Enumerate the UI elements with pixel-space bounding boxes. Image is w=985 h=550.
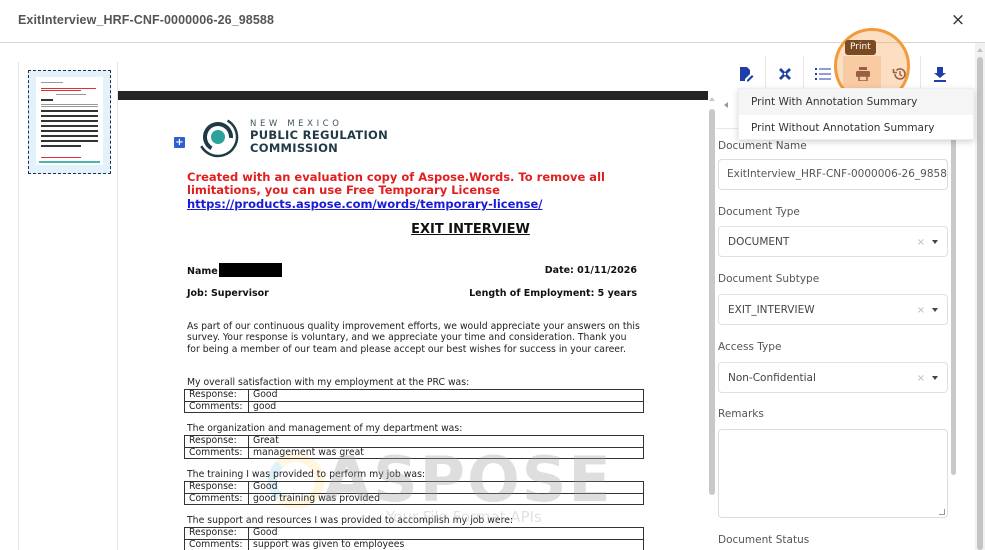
answer-table: Response:GoodComments:good (184, 389, 644, 413)
question-text: The training I was provided to perform m… (184, 469, 644, 481)
question-text: The support and resources I was provided… (184, 515, 644, 527)
download-button[interactable] (920, 56, 958, 92)
clear-icon[interactable]: × (917, 227, 925, 258)
answer-table: Response:GreatComments:management was gr… (184, 435, 644, 459)
response-value: Good (249, 528, 644, 540)
add-annotation-icon[interactable]: + (174, 137, 185, 148)
modal-scrollbar[interactable] (975, 43, 985, 550)
answer-table: Response:GoodComments:good training was … (184, 481, 644, 505)
document-type-label: Document Type (718, 206, 800, 218)
survey-question: The organization and management of my de… (184, 423, 644, 459)
clear-icon[interactable]: × (917, 363, 925, 394)
document-type-select[interactable]: DOCUMENT × (718, 226, 948, 257)
history-button[interactable] (881, 56, 919, 92)
response-value: Good (249, 390, 644, 402)
print-tooltip: Print (845, 40, 876, 55)
chevron-down-icon[interactable] (932, 308, 938, 312)
question-text: My overall satisfaction with my employme… (184, 377, 644, 389)
print-with-annotation-summary[interactable]: Print With Annotation Summary (739, 89, 973, 115)
list-button[interactable] (803, 56, 841, 92)
print-button[interactable] (843, 56, 881, 92)
panel-scroll-thumb[interactable] (951, 101, 956, 475)
close-icon[interactable]: × (950, 10, 966, 30)
evaluation-notice: Created with an evaluation copy of Aspos… (187, 171, 647, 197)
comments-label: Comments: (185, 401, 249, 413)
scroll-up-icon[interactable] (709, 97, 715, 101)
file-pen-icon (738, 66, 754, 82)
page-thumbnail-1[interactable] (28, 70, 111, 174)
job-title: Job: Supervisor (187, 288, 269, 299)
tools-button[interactable] (765, 56, 803, 92)
prc-logo-icon (190, 115, 250, 161)
chevron-down-icon[interactable] (932, 376, 938, 380)
document-subtype-label: Document Subtype (718, 273, 819, 285)
remarks-textarea[interactable] (718, 429, 948, 518)
survey-question: The training I was provided to perform m… (184, 469, 644, 505)
document-name-input[interactable]: ExitInterview_HRF-CNF-0000006-26_98588 (718, 159, 948, 190)
download-icon (933, 66, 947, 82)
pencil-ruler-icon (777, 66, 793, 82)
modal-header: ExitInterview_HRF-CNF-0000006-26_98588 × (0, 0, 985, 43)
scroll-up-icon[interactable] (977, 48, 983, 52)
response-label: Response: (185, 482, 249, 494)
comments-value: good (249, 401, 644, 413)
answer-table: Response:GoodComments:support was given … (184, 527, 644, 550)
comments-value: good training was provided (249, 493, 644, 505)
document-status-label: Document Status (718, 534, 809, 546)
modal-scroll-thumb[interactable] (977, 57, 983, 550)
comments-value: support was given to employees (249, 539, 644, 550)
survey-question: The support and resources I was provided… (184, 515, 644, 550)
thumbnail-page-preview (36, 77, 103, 165)
list-icon (815, 67, 831, 81)
license-link[interactable]: https://products.aspose.com/words/tempor… (187, 197, 542, 211)
job-row: Job: Supervisor Length of Employment: 5 … (187, 288, 637, 299)
remarks-label: Remarks (718, 408, 764, 420)
document-subtype-select[interactable]: EXIT_INTERVIEW × (718, 294, 948, 325)
intro-paragraph: As part of our continuous quality improv… (187, 321, 642, 355)
thumbnail-panel (18, 62, 118, 550)
response-value: Great (249, 436, 644, 448)
history-icon (892, 66, 908, 82)
question-text: The organization and management of my de… (184, 423, 644, 435)
document-scroll-thumb[interactable] (709, 109, 715, 495)
document-scrollbar[interactable] (708, 91, 716, 550)
chevron-down-icon[interactable] (932, 240, 938, 244)
employment-length: Length of Employment: 5 years (469, 288, 637, 299)
modal-title: ExitInterview_HRF-CNF-0000006-26_98588 (18, 13, 274, 27)
response-value: Good (249, 482, 644, 494)
access-type-label: Access Type (718, 341, 781, 353)
document-toolbar (727, 56, 959, 92)
print-without-annotation-summary[interactable]: Print Without Annotation Summary (739, 115, 973, 141)
response-label: Response: (185, 390, 249, 402)
print-menu: Print With Annotation Summary Print With… (738, 88, 974, 140)
comments-value: management was great (249, 447, 644, 459)
redacted-name (219, 263, 282, 277)
edit-document-button[interactable] (727, 56, 765, 92)
survey-question: My overall satisfaction with my employme… (184, 377, 644, 413)
document-page: + NEW MEXICO PUBLIC REGULATION COMMISSIO… (118, 91, 708, 550)
document-viewer-modal: ExitInterview_HRF-CNF-0000006-26_98588 × (0, 0, 985, 550)
name-row: Name Date: 01/11/2026 (187, 263, 637, 277)
document-heading: EXIT INTERVIEW (118, 222, 708, 237)
comments-label: Comments: (185, 447, 249, 459)
document-canvas[interactable]: + NEW MEXICO PUBLIC REGULATION COMMISSIO… (118, 91, 708, 550)
clear-icon[interactable]: × (917, 295, 925, 326)
organization-name: NEW MEXICO PUBLIC REGULATION COMMISSION (250, 119, 388, 155)
panel-scrollbar[interactable] (950, 92, 958, 550)
print-icon (855, 67, 871, 81)
access-type-select[interactable]: Non-Confidential × (718, 362, 948, 393)
comments-label: Comments: (185, 539, 249, 550)
document-properties-panel: Document Name ExitInterview_HRF-CNF-0000… (716, 92, 950, 550)
document-name-label: Document Name (718, 140, 807, 152)
interview-date: Date: 01/11/2026 (545, 265, 637, 276)
resize-handle-icon[interactable] (939, 509, 945, 515)
response-label: Response: (185, 436, 249, 448)
collapse-panel-icon[interactable] (724, 102, 728, 108)
response-label: Response: (185, 528, 249, 540)
comments-label: Comments: (185, 493, 249, 505)
